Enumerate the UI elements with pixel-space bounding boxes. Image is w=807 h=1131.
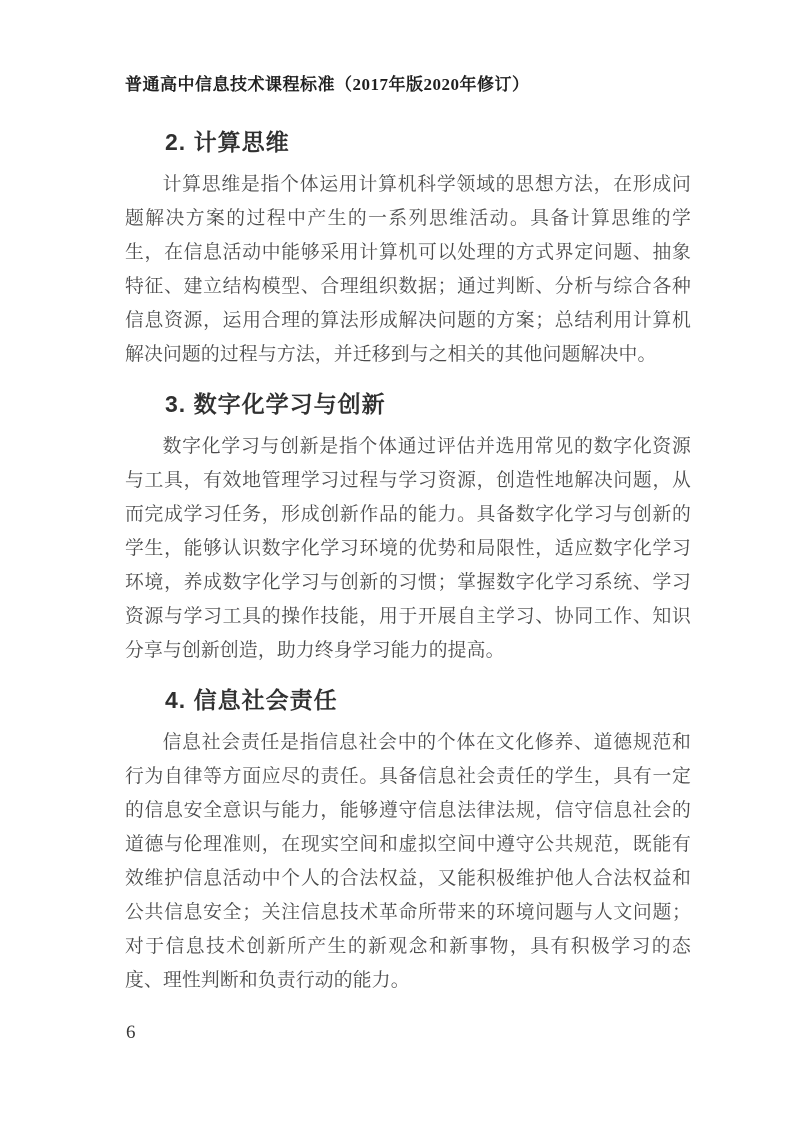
section-digital-learning-innovation: 3. 数字化学习与创新 数字化学习与创新是指个体通过评估并选用常见的数字化资源与… — [125, 390, 691, 668]
page-number: 6 — [126, 1021, 136, 1045]
section-heading-computational-thinking: 2. 计算思维 — [165, 128, 691, 156]
document-page: 普通高中信息技术课程标准（2017年版2020年修订） 2. 计算思维 计算思维… — [0, 0, 807, 1131]
section-computational-thinking: 2. 计算思维 计算思维是指个体运用计算机科学领域的思想方法，在形成问题解决方案… — [125, 128, 691, 372]
document-body: 2. 计算思维 计算思维是指个体运用计算机科学领域的思想方法，在形成问题解决方案… — [125, 118, 691, 1016]
section-paragraph-computational-thinking: 计算思维是指个体运用计算机科学领域的思想方法，在形成问题解决方案的过程中产生的一… — [125, 168, 691, 372]
section-paragraph-information-society-responsibility: 信息社会责任是指信息社会中的个体在文化修养、道德规范和行为自律等方面应尽的责任。… — [125, 726, 691, 998]
running-header: 普通高中信息技术课程标准（2017年版2020年修订） — [125, 74, 691, 96]
section-heading-digital-learning-innovation: 3. 数字化学习与创新 — [165, 390, 691, 418]
section-information-society-responsibility: 4. 信息社会责任 信息社会责任是指信息社会中的个体在文化修养、道德规范和行为自… — [125, 686, 691, 998]
section-heading-information-society-responsibility: 4. 信息社会责任 — [165, 686, 691, 714]
section-paragraph-digital-learning-innovation: 数字化学习与创新是指个体通过评估并选用常见的数字化资源与工具，有效地管理学习过程… — [125, 430, 691, 668]
